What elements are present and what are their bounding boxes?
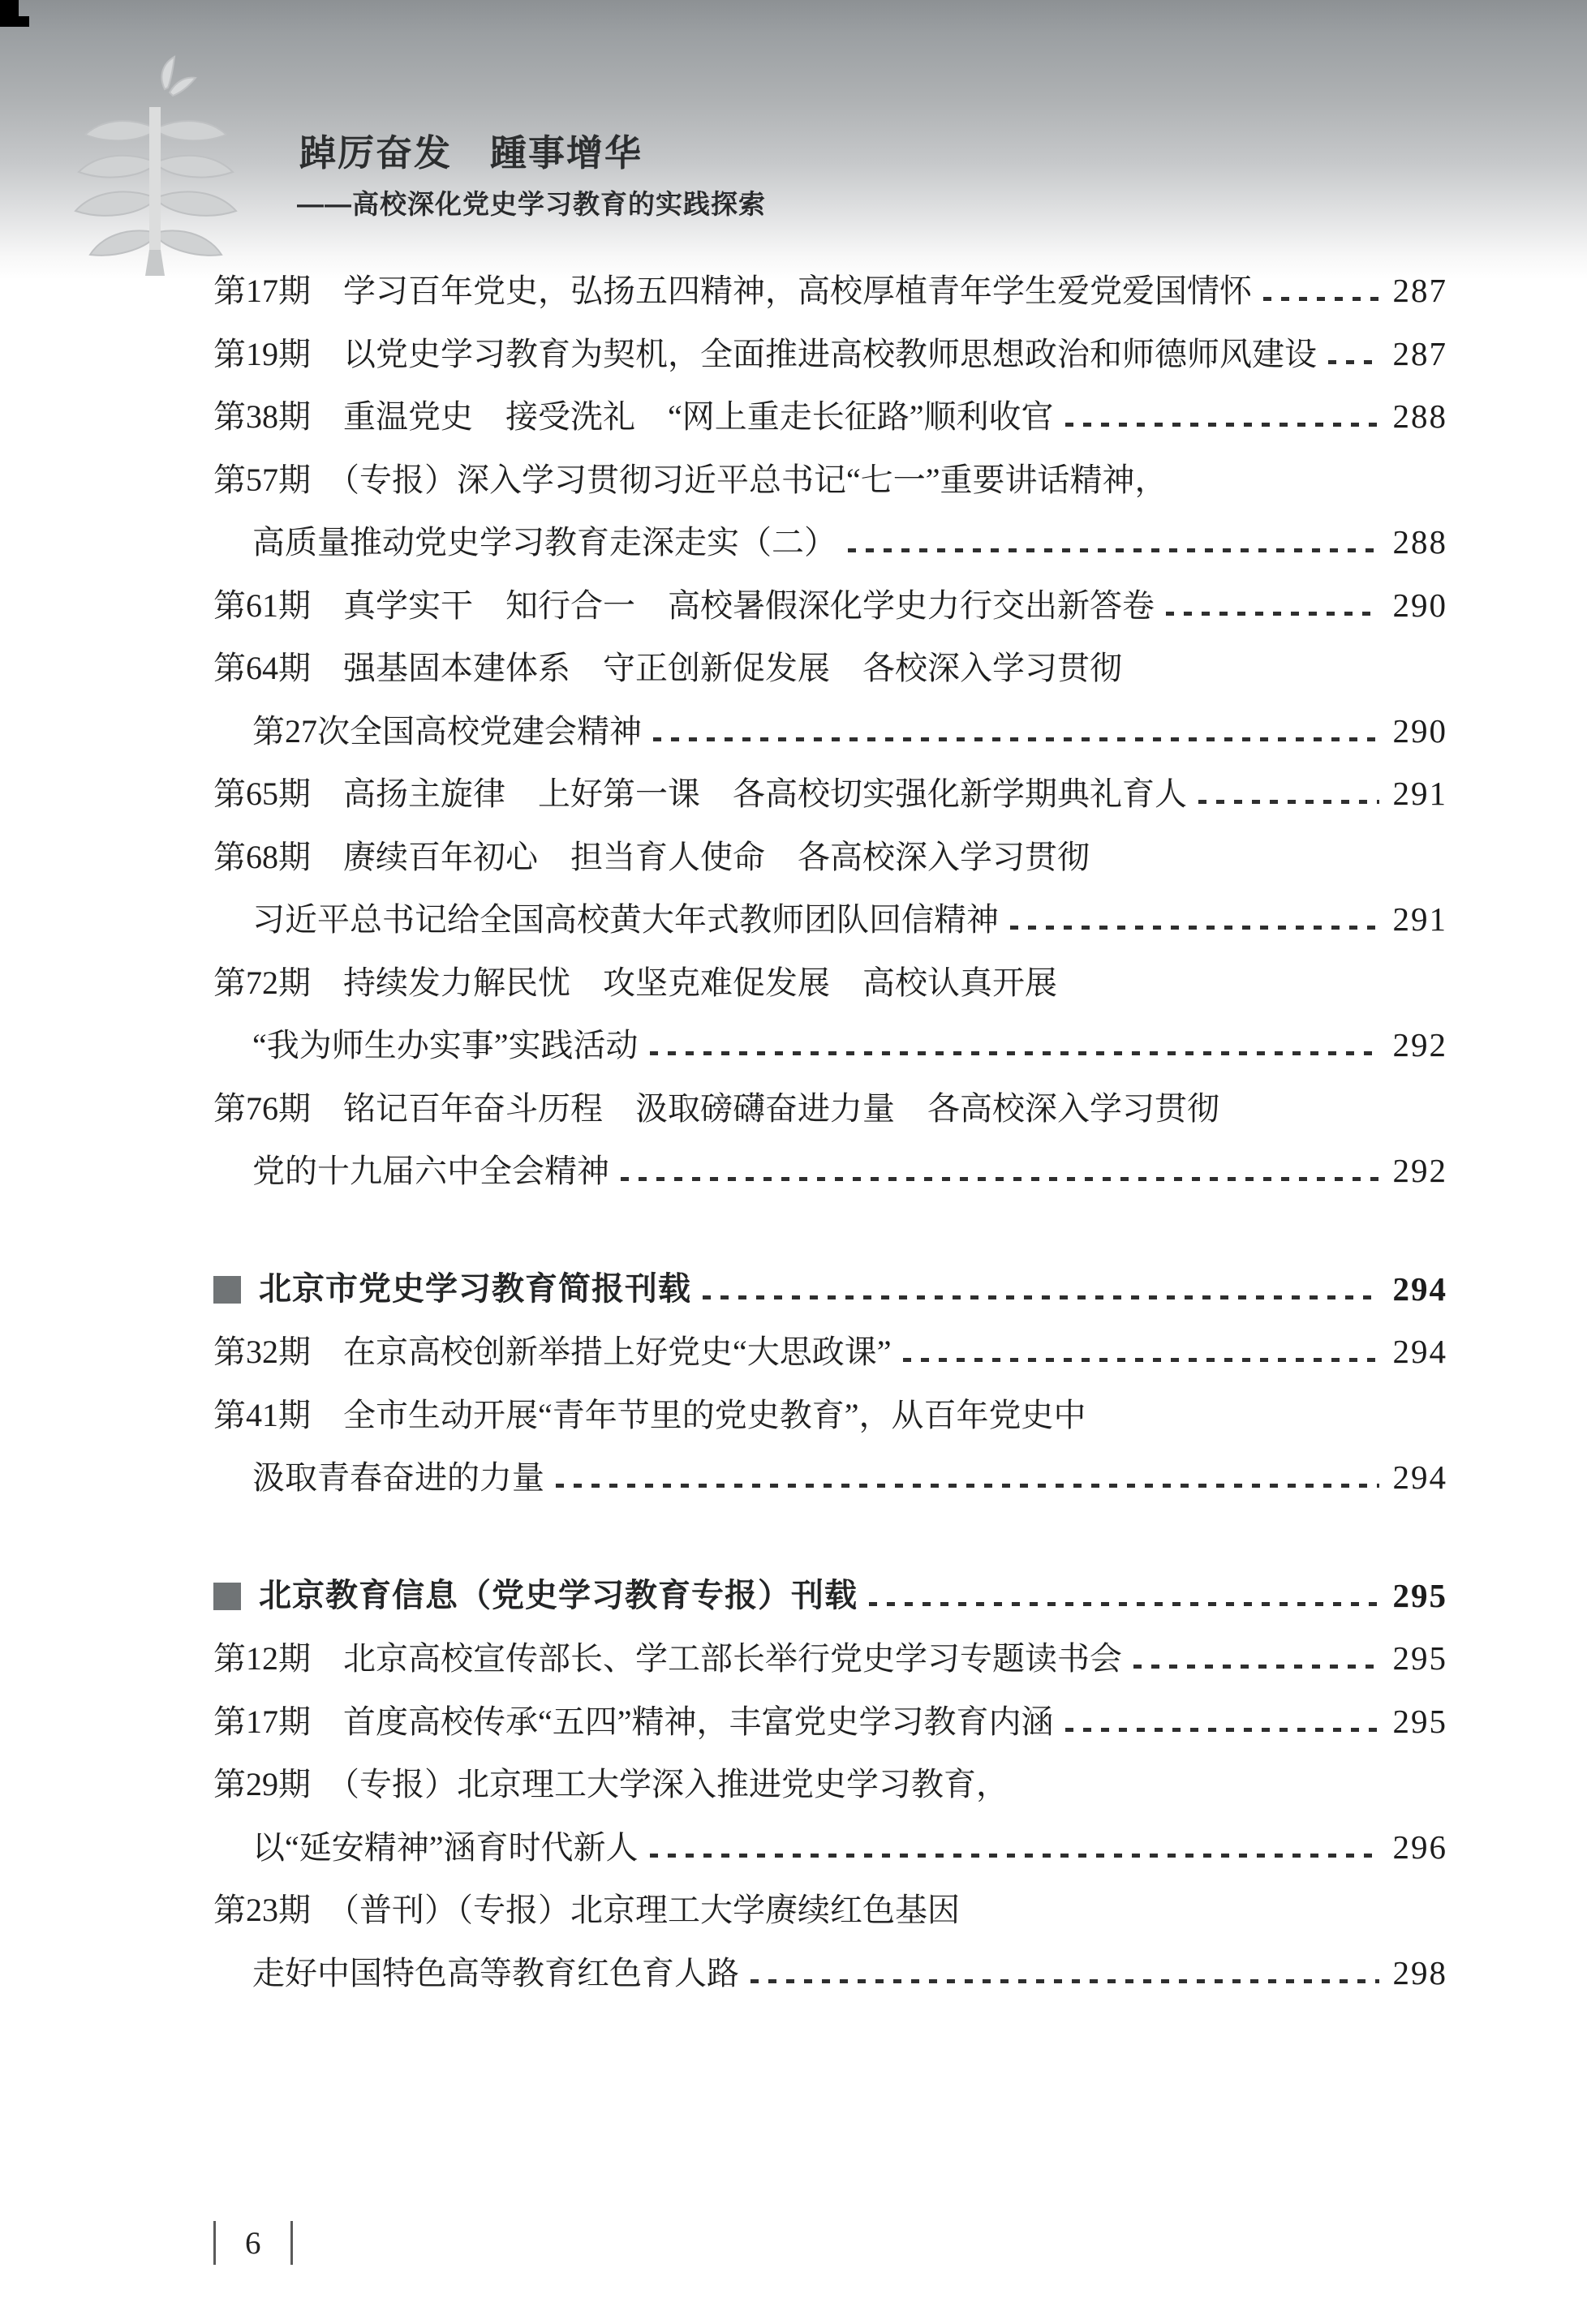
toc-row: 第61期 真学实干 知行合一 高校暑假深化学史力行交出新答卷 290 <box>213 574 1447 638</box>
wheat-leaf-ornament <box>69 39 241 282</box>
dot-leader-icon <box>621 1177 1379 1181</box>
dot-leader-icon <box>703 1295 1379 1299</box>
toc-row: 第27次全国高校党建会精神 290 <box>213 700 1447 763</box>
toc-row: 高质量推动党史学习教育走深走实（二） 288 <box>213 511 1447 574</box>
toc-page-number: 290 <box>1389 574 1447 638</box>
toc-text: 第57期 （专报）深入学习贯彻习近平总书记“七一”重要讲话精神， <box>213 449 1168 512</box>
dot-leader-icon <box>1328 360 1379 364</box>
toc-text: 北京市党史学习教育简报刊载 <box>259 1258 691 1321</box>
toc-row: 第64期 强基固本建体系 守正创新促发展 各校深入学习贯彻 <box>213 637 1447 700</box>
toc-text: 第27次全国高校党建会精神 <box>252 700 642 763</box>
toc-row: 第17期 学习百年党史，弘扬五四精神，高校厚植青年学生爱党爱国情怀 287 <box>213 260 1447 323</box>
scan-corner-artifact <box>19 16 29 27</box>
dot-leader-icon <box>1133 1665 1379 1669</box>
dot-leader-icon <box>650 1854 1379 1858</box>
dot-leader-icon <box>848 548 1379 552</box>
toc-row: 第72期 持续发力解民忧 攻坚克难促发展 高校认真开展 <box>213 952 1447 1015</box>
dot-leader-icon <box>1010 926 1379 930</box>
toc-row: 第17期 首度高校传承“五四”精神，丰富党史学习教育内涵 295 <box>213 1690 1447 1754</box>
dot-leader-icon <box>869 1602 1379 1606</box>
toc-text: 第38期 重温党史 接受洗礼 “网上重走长征路”顺利收官 <box>213 385 1054 449</box>
toc-text: 北京教育信息（党史学习教育专报）刊载 <box>259 1565 858 1628</box>
toc-page-number: 295 <box>1389 1565 1447 1628</box>
dot-leader-icon <box>650 1051 1379 1055</box>
toc-row: 第38期 重温党史 接受洗礼 “网上重走长征路”顺利收官 288 <box>213 385 1447 449</box>
toc-row: 第23期 （普刊）（专报）北京理工大学赓续红色基因 <box>213 1879 1447 1942</box>
toc-page-number: 294 <box>1389 1446 1447 1510</box>
toc-page-number: 290 <box>1389 700 1447 763</box>
toc-row: 习近平总书记给全国高校黄大年式教师团队回信精神 291 <box>213 888 1447 952</box>
book-title: 踔厉奋发 踵事增华 <box>299 123 643 176</box>
toc-text: 第29期 （专报）北京理工大学深入推进党史学习教育， <box>213 1753 1009 1816</box>
page-number: 6 <box>245 2225 261 2262</box>
toc-page-number: 298 <box>1389 1942 1447 2005</box>
dot-leader-icon <box>1198 800 1379 804</box>
dot-leader-icon <box>556 1484 1379 1488</box>
toc-row: 走好中国特色高等教育红色育人路 298 <box>213 1942 1447 2005</box>
book-subtitle: ——高校深化党史学习教育的实践探索 <box>297 183 766 221</box>
section-bullet-icon <box>213 1276 241 1304</box>
toc-row: 第68期 赓续百年初心 担当育人使命 各高校深入学习贯彻 <box>213 826 1447 889</box>
dot-leader-icon <box>903 1358 1379 1362</box>
toc-text: 第41期 全市生动开展“青年节里的党史教育”，从百年党史中 <box>213 1384 1086 1447</box>
toc-row: 第12期 北京高校宣传部长、学工部长举行党史学习专题读书会 295 <box>213 1627 1447 1690</box>
footer-right-bar <box>290 2221 293 2265</box>
toc-text: 党的十九届六中全会精神 <box>252 1140 609 1203</box>
toc-text: 第61期 真学实干 知行合一 高校暑假深化学史力行交出新答卷 <box>213 574 1155 638</box>
toc-list: 第17期 学习百年党史，弘扬五四精神，高校厚植青年学生爱党爱国情怀 287 第1… <box>213 260 1447 2004</box>
toc-page-number: 291 <box>1389 888 1447 952</box>
toc-row: 第76期 铭记百年奋斗历程 汲取磅礴奋进力量 各高校深入学习贯彻 <box>213 1077 1447 1141</box>
dot-leader-icon <box>653 737 1379 741</box>
toc-page-number: 294 <box>1389 1258 1447 1321</box>
toc-page-number: 294 <box>1389 1321 1447 1384</box>
toc-row: “我为师生办实事”实践活动 292 <box>213 1014 1447 1077</box>
toc-page-number: 292 <box>1389 1140 1447 1203</box>
dot-leader-icon <box>1065 1728 1379 1732</box>
toc-row: 第29期 （专报）北京理工大学深入推进党史学习教育， <box>213 1753 1447 1816</box>
toc-row: 汲取青春奋进的力量 294 <box>213 1446 1447 1510</box>
toc-text: 汲取青春奋进的力量 <box>252 1446 544 1510</box>
toc-row: 以“延安精神”涵育时代新人 296 <box>213 1816 1447 1879</box>
toc-text: “我为师生办实事”实践活动 <box>252 1014 639 1077</box>
toc-page-number: 295 <box>1389 1690 1447 1754</box>
dot-leader-icon <box>1166 612 1379 616</box>
dot-leader-icon <box>1065 423 1379 427</box>
toc-page-number: 291 <box>1389 762 1447 826</box>
toc-page-number: 296 <box>1389 1816 1447 1879</box>
toc-row: 第32期 在京高校创新举措上好党史“大思政课” 294 <box>213 1321 1447 1384</box>
toc-row: 第19期 以党史学习教育为契机，全面推进高校教师思想政治和师德师风建设 287 <box>213 323 1447 386</box>
section-bullet-icon <box>213 1583 241 1610</box>
toc-text: 第65期 高扬主旋律 上好第一课 各高校切实强化新学期典礼育人 <box>213 762 1187 826</box>
toc-text: 走好中国特色高等教育红色育人路 <box>252 1942 739 2005</box>
footer-left-bar <box>213 2221 216 2265</box>
toc-row: 北京教育信息（党史学习教育专报）刊载 295 <box>213 1565 1447 1628</box>
toc-page-number: 292 <box>1389 1014 1447 1077</box>
toc-text: 第76期 铭记百年奋斗历程 汲取磅礴奋进力量 各高校深入学习贯彻 <box>213 1077 1219 1141</box>
toc-text: 第32期 在京高校创新举措上好党史“大思政课” <box>213 1321 892 1384</box>
toc-text: 高质量推动党史学习教育走深走实（二） <box>252 511 837 574</box>
dot-leader-icon <box>750 1979 1379 1983</box>
toc-row: 党的十九届六中全会精神 292 <box>213 1140 1447 1203</box>
toc-page-number: 287 <box>1389 323 1447 386</box>
toc-row: 第41期 全市生动开展“青年节里的党史教育”，从百年党史中 <box>213 1384 1447 1447</box>
header-gradient-band: 踔厉奋发 踵事增华 ——高校深化党史学习教育的实践探索 <box>0 0 1587 280</box>
footer-page-indicator: 6 <box>213 2219 293 2266</box>
toc-text: 第68期 赓续百年初心 担当育人使命 各高校深入学习贯彻 <box>213 826 1090 889</box>
toc-row: 第65期 高扬主旋律 上好第一课 各高校切实强化新学期典礼育人 291 <box>213 762 1447 826</box>
toc-page-number: 288 <box>1389 385 1447 449</box>
scanned-book-toc-page: { "header": { "title": "踔厉奋发 踵事增华", "sub… <box>0 0 1587 2324</box>
dot-leader-icon <box>1263 297 1379 301</box>
toc-page-number: 295 <box>1389 1627 1447 1690</box>
toc-text: 以“延安精神”涵育时代新人 <box>252 1816 639 1879</box>
toc-text: 习近平总书记给全国高校黄大年式教师团队回信精神 <box>252 888 999 952</box>
toc-text: 第23期 （普刊）（专报）北京理工大学赓续红色基因 <box>213 1879 960 1942</box>
toc-text: 第17期 首度高校传承“五四”精神，丰富党史学习教育内涵 <box>213 1690 1054 1754</box>
toc-row: 北京市党史学习教育简报刊载 294 <box>213 1258 1447 1321</box>
toc-text: 第64期 强基固本建体系 守正创新促发展 各校深入学习贯彻 <box>213 637 1122 700</box>
scan-corner-artifact <box>0 0 19 27</box>
toc-text: 第19期 以党史学习教育为契机，全面推进高校教师思想政治和师德师风建设 <box>213 323 1317 386</box>
toc-page-number: 287 <box>1389 260 1447 323</box>
toc-page-number: 288 <box>1389 511 1447 574</box>
toc-row: 第57期 （专报）深入学习贯彻习近平总书记“七一”重要讲话精神， <box>213 449 1447 512</box>
toc-text: 第17期 学习百年党史，弘扬五四精神，高校厚植青年学生爱党爱国情怀 <box>213 260 1252 323</box>
toc-text: 第12期 北京高校宣传部长、学工部长举行党史学习专题读书会 <box>213 1627 1122 1690</box>
toc-text: 第72期 持续发力解民忧 攻坚克难促发展 高校认真开展 <box>213 952 1057 1015</box>
